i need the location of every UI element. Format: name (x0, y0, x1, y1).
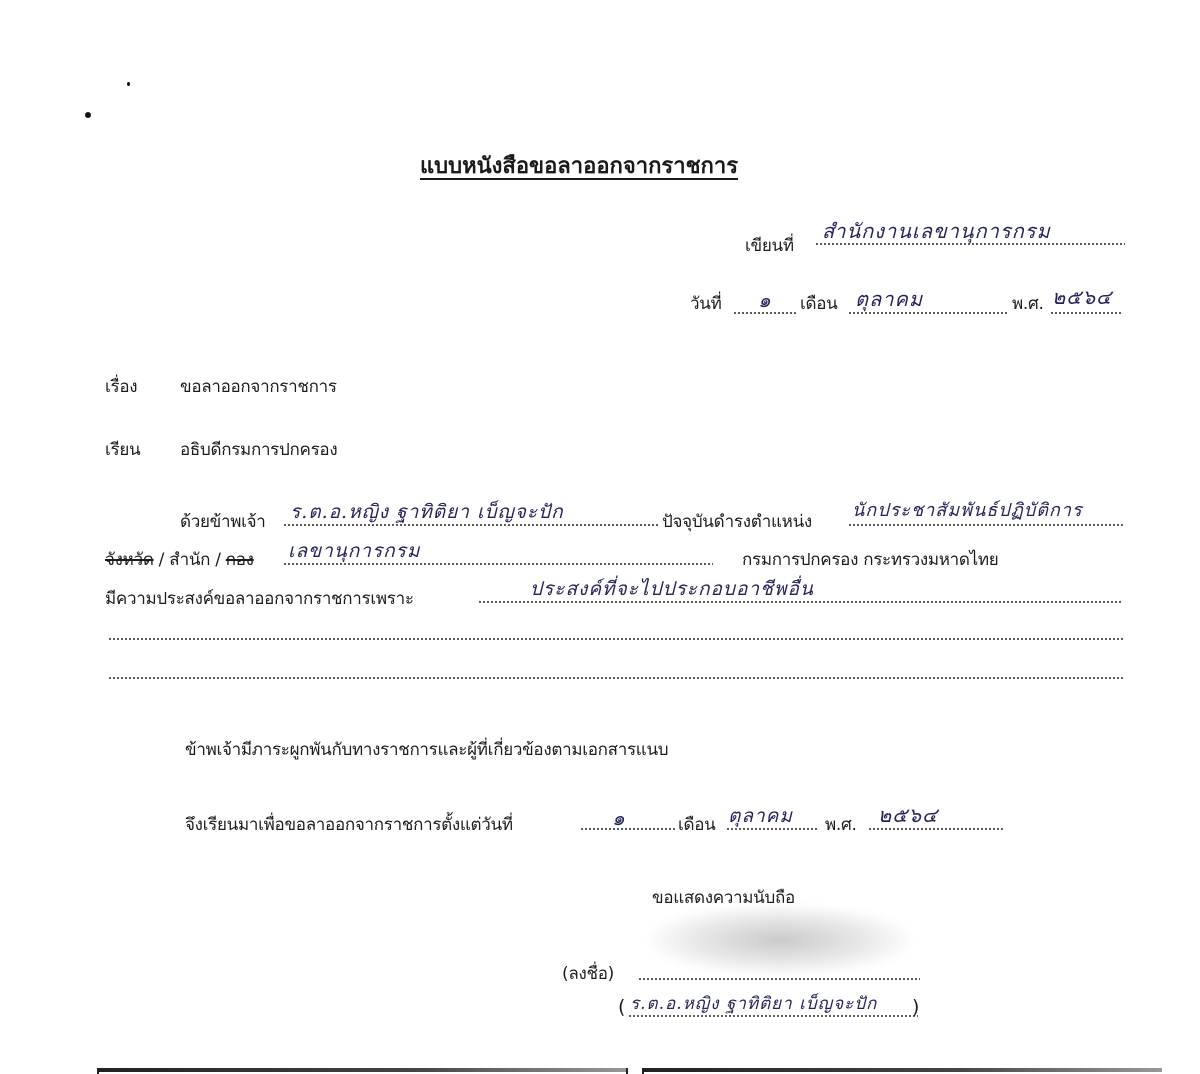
unit-value[interactable]: เลขานุการกรม (288, 536, 420, 566)
unit-label-division-struck: กอง (226, 550, 254, 570)
obligation-text: ข้าพเจ้ามีภาระผูกพันกับทางราชการและผู้ที… (185, 736, 668, 763)
sign-label: (ลงชื่อ) (562, 960, 614, 987)
bottom-box-left-edge (97, 1068, 99, 1074)
sign-close-paren: ) (912, 996, 919, 1018)
effective-year-label: พ.ศ. (825, 811, 857, 838)
bottom-box-right-edge (642, 1068, 644, 1074)
reason-value[interactable]: ประสงค์ที่จะไปประกอบอาชีพอื่น (530, 574, 814, 604)
unit-label-province-struck: จังหวัด (105, 550, 154, 570)
reason-dotline-2 (108, 638, 1123, 640)
signature-dotline (638, 978, 920, 980)
unit-label-sep: / (210, 550, 226, 570)
effective-label: จึงเรียนมาเพื่อขอลาออกจากราชการตั้งแต่วั… (185, 811, 513, 838)
scan-speck (85, 112, 91, 118)
i-label: ด้วยข้าพเจ้า (180, 508, 266, 535)
position-label: ปัจจุบันดำรงตำแหน่ง (662, 508, 812, 535)
bottom-box-left-right-edge (626, 1068, 628, 1074)
sign-name-value[interactable]: ร.ต.อ.หญิง ฐาทิติยา เบ็ญจะปัก (630, 990, 877, 1017)
bottom-box-left-top (97, 1068, 627, 1072)
effective-month-label: เดือน (678, 811, 715, 838)
effective-month-value[interactable]: ตุลาคม (728, 801, 793, 831)
written-at-label: เขียนที่ (745, 232, 794, 259)
to-label: เรียน (105, 436, 140, 463)
date-label: วันที่ (690, 290, 721, 317)
to-value: อธิบดีกรมการปกครอง (180, 436, 337, 463)
reason-dotline-3 (108, 677, 1123, 679)
unit-label-sep: / (154, 550, 170, 570)
effective-year-value[interactable]: ๒๕๖๔ (878, 799, 938, 831)
month-label: เดือน (800, 290, 837, 317)
signature-blur (650, 905, 910, 975)
written-at-value[interactable]: สำนักงานเลขานุการกรม (822, 215, 1051, 247)
year-label: พ.ศ. (1012, 290, 1044, 317)
sign-open-paren: ( (618, 996, 625, 1018)
name-value[interactable]: ร.ต.อ.หญิง ฐาทิติยา เบ็ญจะปัก (290, 497, 564, 527)
bottom-box-right-top (642, 1068, 1162, 1072)
position-value[interactable]: นักประชาสัมพันธ์ปฏิบัติการ (852, 495, 1083, 524)
effective-day-value[interactable]: ๑ (612, 802, 626, 834)
unit-label: จังหวัด / สำนัก / กอง (105, 546, 254, 573)
department-text: กรมการปกครอง กระทรวงมหาดไทย (742, 546, 998, 573)
date-month-value[interactable]: ตุลาคม (855, 283, 923, 315)
reason-label: มีความประสงค์ขอลาออกจากราชการเพราะ (105, 585, 414, 612)
position-dotline (848, 524, 1123, 526)
subject-value: ขอลาออกจากราชการ (180, 373, 337, 400)
date-day-value[interactable]: ๑ (758, 284, 772, 316)
effective-day-dotline (580, 828, 675, 830)
subject-label: เรื่อง (105, 373, 137, 400)
date-year-value[interactable]: ๒๕๖๔ (1052, 281, 1112, 313)
scan-speck (127, 82, 130, 86)
form-title: แบบหนังสือขอลาออกจากราชการ (420, 148, 738, 183)
unit-label-office: สำนัก (169, 550, 210, 570)
